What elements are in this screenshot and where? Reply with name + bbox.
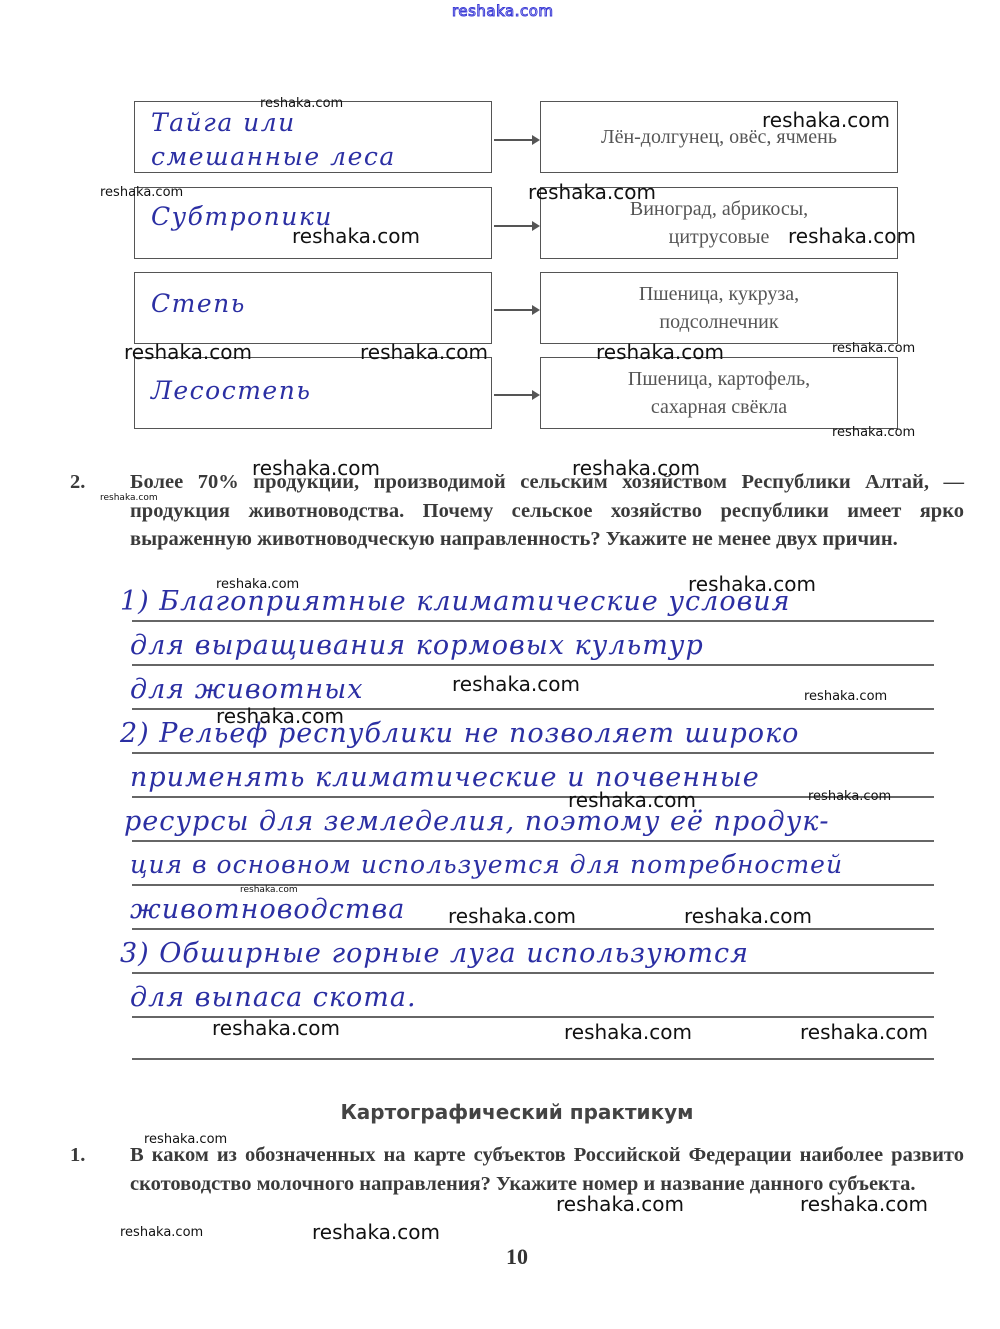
ruled-line: [132, 972, 934, 974]
watermark: reshaka.com: [564, 1020, 692, 1044]
site-link[interactable]: reshaka.com: [452, 2, 554, 20]
answer-line-6: ресурсы для земледелия, поэтому её проду…: [124, 806, 830, 837]
question-2-text: Более 70% продукции, производимой сельск…: [130, 471, 964, 550]
watermark: reshaka.com: [100, 493, 158, 503]
zone-box-4: Лесостепь: [134, 357, 492, 429]
ruled-line: [132, 752, 934, 754]
arrow-right-icon: [494, 394, 538, 396]
crops-text-2: Виноград, абрикосы, цитрусовые: [630, 195, 808, 251]
watermark: reshaka.com: [124, 340, 252, 364]
zone-handwritten-4: Лесостепь: [151, 374, 311, 408]
answer-line-9: 3) Обширные горные луга используются: [120, 938, 749, 969]
watermark: reshaka.com: [240, 885, 298, 895]
answer-line-2: для выращивания кормовых культур: [130, 630, 704, 661]
zone-handwritten-1: Тайга или смешанные леса: [151, 106, 396, 174]
watermark: reshaka.com: [832, 425, 915, 440]
question-1: 1.В каком из обозначенных на карте субъе…: [100, 1141, 964, 1198]
watermark: reshaka.com: [120, 1225, 203, 1240]
zone-handwritten-3: Степь: [151, 287, 246, 321]
watermark: reshaka.com: [312, 1220, 440, 1244]
watermark: reshaka.com: [144, 1132, 227, 1147]
watermark: reshaka.com: [800, 1192, 928, 1216]
watermark: reshaka.com: [832, 341, 915, 356]
crops-box-3: Пшеница, кукруза, подсолнечник: [540, 272, 898, 344]
answer-line-7: ция в основном используется для потребно…: [130, 850, 843, 879]
watermark: reshaka.com: [568, 788, 696, 812]
crops-text-4: Пшеница, картофель, сахарная свёкла: [628, 365, 810, 421]
watermark: reshaka.com: [260, 96, 343, 111]
watermark: reshaka.com: [212, 1016, 340, 1040]
section-title: Картографический практикум: [0, 1100, 1000, 1124]
crops-text-3: Пшеница, кукруза, подсолнечник: [639, 280, 799, 336]
watermark: reshaka.com: [100, 185, 183, 200]
watermark: reshaka.com: [808, 789, 891, 804]
zone-box-1: Тайга или смешанные леса: [134, 101, 492, 173]
question-1-number: 1.: [100, 1141, 130, 1170]
watermark: reshaka.com: [788, 224, 916, 248]
watermark: reshaka.com: [528, 180, 656, 204]
watermark: reshaka.com: [216, 704, 344, 728]
crops-box-4: Пшеница, картофель, сахарная свёкла: [540, 357, 898, 429]
watermark: reshaka.com: [596, 340, 724, 364]
watermark: reshaka.com: [688, 572, 816, 596]
arrow-right-icon: [494, 139, 538, 141]
ruled-line: [132, 664, 934, 666]
watermark: reshaka.com: [452, 672, 580, 696]
ruled-line: [132, 928, 934, 930]
arrow-right-icon: [494, 225, 538, 227]
answer-line-10: для выпаса скота.: [130, 982, 417, 1013]
arrow-right-icon: [494, 309, 538, 311]
watermark: reshaka.com: [360, 340, 488, 364]
ruled-line: [132, 840, 934, 842]
watermark: reshaka.com: [684, 904, 812, 928]
question-1-text: В каком из обозначенных на карте субъект…: [130, 1144, 964, 1195]
ruled-line: [132, 1058, 934, 1060]
zone-box-2: Субтропики: [134, 187, 492, 259]
watermark: reshaka.com: [804, 689, 887, 704]
ruled-line: [132, 620, 934, 622]
watermark: reshaka.com: [762, 108, 890, 132]
watermark: reshaka.com: [252, 456, 380, 480]
watermark: reshaka.com: [556, 1192, 684, 1216]
watermark: reshaka.com: [292, 224, 420, 248]
watermark: reshaka.com: [216, 577, 299, 592]
page-number: 10: [0, 1244, 1000, 1270]
watermark: reshaka.com: [448, 904, 576, 928]
answer-line-3: для животных: [130, 674, 363, 705]
question-2: 2.Более 70% продукции, производимой сель…: [100, 468, 964, 554]
watermark: reshaka.com: [800, 1020, 928, 1044]
watermark: reshaka.com: [572, 456, 700, 480]
zone-box-3: Степь: [134, 272, 492, 344]
answer-line-8: животноводства: [130, 894, 405, 925]
